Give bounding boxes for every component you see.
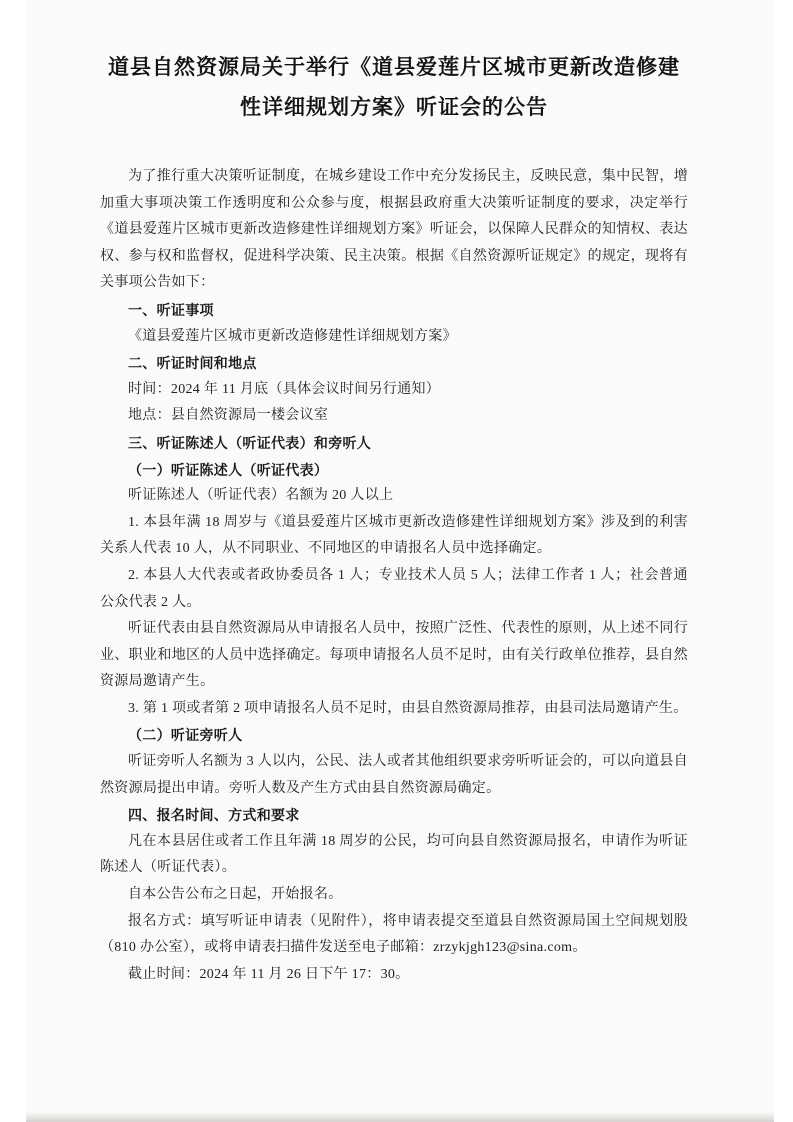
- representative-item-1-text: 1. 本县年满 18 周岁与《道县爱莲片区城市更新改造修建性详细规划方案》涉及到…: [100, 510, 688, 563]
- announcement-document: 道县自然资源局关于举行《道县爱莲片区城市更新改造修建性详细规划方案》听证会的公告…: [100, 48, 688, 988]
- representative-item-2-text: 2. 本县人大代表或者政协委员各 1 人；专业技术人员 5 人；法律工作者 1 …: [100, 563, 688, 616]
- hearing-location-text: 地点：县自然资源局一楼会议室: [100, 403, 688, 430]
- registration-deadline-text: 截止时间：2024 年 11 月 26 日下午 17：30。: [100, 962, 688, 989]
- section-2-heading: 二、听证时间和地点: [100, 350, 688, 377]
- intro-paragraph: 为了推行重大决策听证制度，在城乡建设工作中充分发扬民主，反映民意，集中民智，增加…: [100, 164, 688, 297]
- representative-item-3-text: 3. 第 1 项或者第 2 项申请报名人员不足时，由县自然资源局推荐，由县司法局…: [100, 696, 688, 723]
- registration-eligibility-text: 凡在本县居住或者工作且年满 18 周岁的公民，均可向县自然资源局报名，申请作为听…: [100, 829, 688, 882]
- section-4-heading: 四、报名时间、方式和要求: [100, 802, 688, 829]
- section-3-heading: 三、听证陈述人（听证代表）和旁听人: [100, 430, 688, 457]
- registration-start-text: 自本公告公布之日起，开始报名。: [100, 882, 688, 909]
- hearing-matter-text: 《道县爱莲片区城市更新改造修建性详细规划方案》: [100, 324, 688, 351]
- document-title: 道县自然资源局关于举行《道县爱莲片区城市更新改造修建性详细规划方案》听证会的公告: [100, 48, 688, 128]
- hearing-time-text: 时间：2024 年 11 月底（具体会议时间另行通知）: [100, 377, 688, 404]
- representative-selection-text: 听证代表由县自然资源局从申请报名人员中，按照广泛性、代表性的原则，从上述不同行业…: [100, 616, 688, 696]
- subsection-3-1-heading: （一）听证陈述人（听证代表）: [100, 457, 688, 484]
- observer-rule-text: 听证旁听人名额为 3 人以内，公民、法人或者其他组织要求旁听听证会的，可以向道县…: [100, 749, 688, 802]
- subsection-3-2-heading: （二）听证旁听人: [100, 722, 688, 749]
- scan-bottom-shadow: [26, 1112, 774, 1122]
- representative-quota-text: 听证陈述人（听证代表）名额为 20 人以上: [100, 483, 688, 510]
- registration-method-text: 报名方式：填写听证申请表（见附件），将申请表提交至道县自然资源局国土空间规划股（…: [100, 909, 688, 962]
- section-1-heading: 一、听证事项: [100, 297, 688, 324]
